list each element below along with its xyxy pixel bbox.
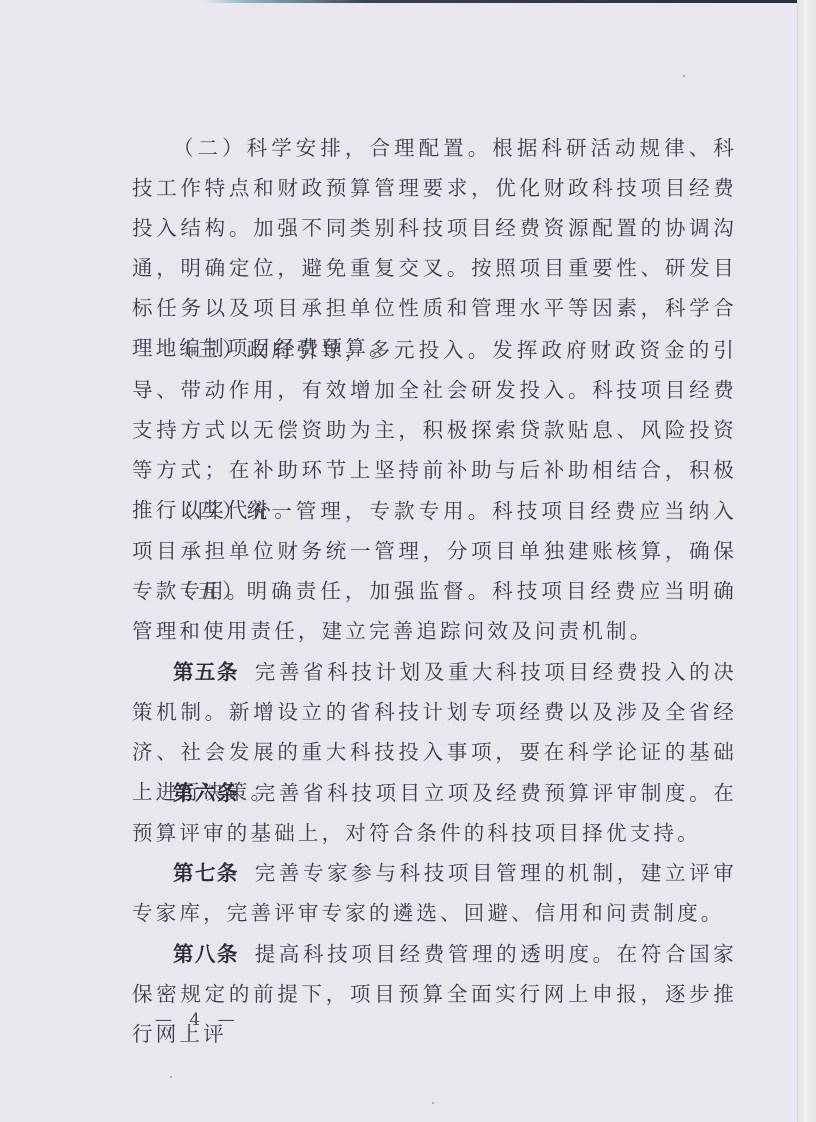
page-number: — 4 — (155, 1010, 241, 1030)
paragraph-text: （五）明确责任，加强监督。科技项目经费应当明确管理和使用责任，建立完善追踪问效及… (132, 579, 737, 643)
article-8: 第八条提高科技项目经费管理的透明度。在符合国家保密规定的前提下，项目预算全面实行… (132, 934, 737, 1054)
article-6: 第六条完善省科技项目立项及经费预算评审制度。在预算评审的基础上，对符合条件的科技… (132, 773, 737, 853)
scan-speck (170, 1076, 172, 1078)
scan-speck (683, 75, 685, 77)
scan-speck (432, 1102, 434, 1104)
document-page: （二）科学安排，合理配置。根据科研活动规律、科技工作特点和财政预算管理要求，优化… (0, 0, 798, 1122)
article-label: 第六条 (173, 781, 239, 805)
article-label: 第八条 (173, 942, 239, 966)
article-7: 第七条完善专家参与科技项目管理的机制，建立评审专家库，完善评审专家的遴选、回避、… (132, 853, 737, 933)
paragraph-text: （二）科学安排，合理配置。根据科研活动规律、科技工作特点和财政预算管理要求，优化… (132, 136, 737, 360)
article-label: 第七条 (173, 861, 239, 885)
scan-right-edge (797, 0, 816, 1122)
article-label: 第五条 (173, 660, 239, 684)
paragraph-5-clear-responsibility: （五）明确责任，加强监督。科技项目经费应当明确管理和使用责任，建立完善追踪问效及… (132, 571, 737, 651)
